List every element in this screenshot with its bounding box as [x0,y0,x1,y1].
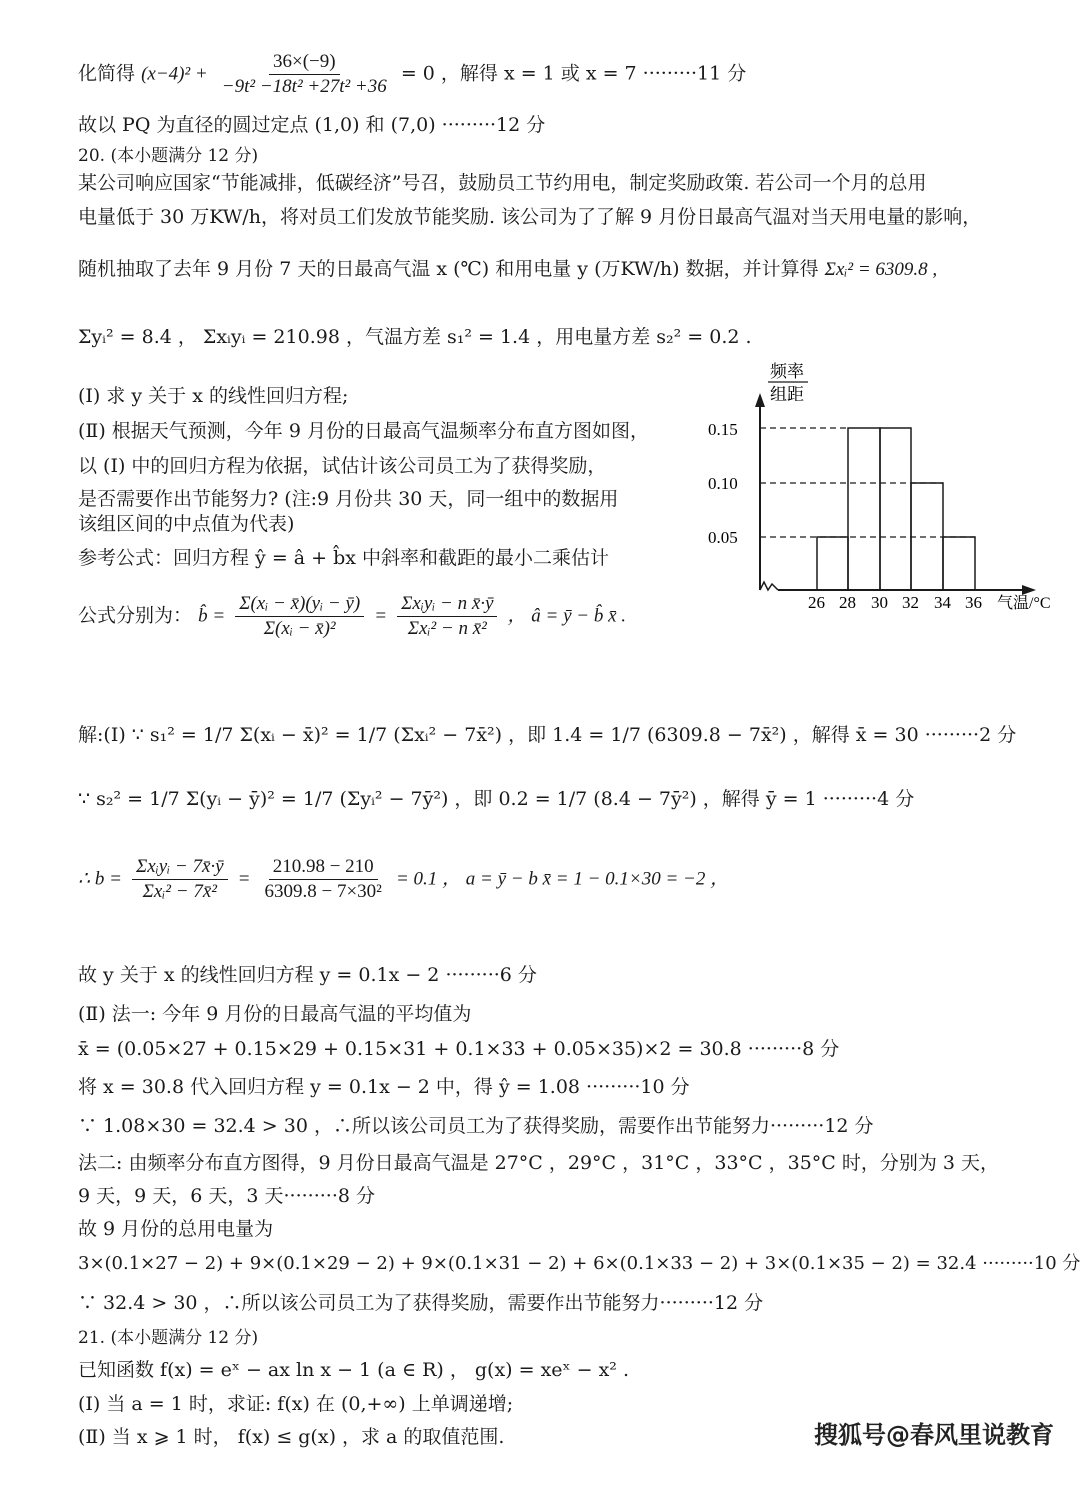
q20-p2: 电量低于 30 万KW/h，将对员工们发放节能奖励. 该公司为了了解 9 月份日… [78,204,981,230]
formula-line: 公式分别为： b̂ = Σ(xᵢ − x̄)(yᵢ − ȳ) Σ(xᵢ − x̄… [78,592,626,641]
text: = 0 ，解得 x = 1 或 x = 7 ·········11 分 [401,63,746,85]
bar [817,537,848,590]
sol-line-8: ∵ 1.08×30 = 32.4 > 30 ，∴所以该公司员工为了获得奖励，需要… [78,1113,874,1139]
q20-p4: Σyᵢ² = 8.4 ， Σxᵢyᵢ = 210.98 ，气温方差 s₁² = … [78,324,752,350]
q20-header: 20. (本小题满分 12 分) [78,143,258,169]
line-simplify: 化简得 (x−4)² + 36×(−9) −9t² −18t² +27t² +3… [78,50,746,99]
bar [880,428,911,590]
bar [848,428,880,590]
q20-p1: 某公司响应国家“节能减排，低碳经济”号召，鼓励员工节约用电，制定奖励政策. 若公… [78,170,927,196]
q21-l3: (Ⅱ) 当 x ⩾ 1 时， f(x) ≤ g(x) ，求 a 的取值范围. [78,1424,504,1450]
expr: = 0.1 ， a = ȳ − b x̄ = 1 − 0.1×30 = −2 ， [396,869,729,890]
y-label-den: 组距 [770,385,804,404]
denominator: −9t² −18t² +27t² +36 [218,75,391,99]
x-tick: 28 [839,593,856,612]
sol-line-12: 3×(0.1×27 − 2) + 9×(0.1×29 − 2) + 9×(0.1… [78,1251,1080,1277]
denominator: 6309.8 − 7×30² [261,880,386,904]
denominator: Σ(xᵢ − x̄)² [260,617,340,641]
fraction: Σ(xᵢ − x̄)(yᵢ − ȳ) Σ(xᵢ − x̄)² [235,592,364,641]
sol-line-5: (Ⅱ) 法一: 今年 9 月份的日最高气温的平均值为 [78,1001,471,1027]
x-axis-label: 气温/°C [997,594,1051,612]
sol-line-2: ∵ s₂² = 1/7 Σ(yᵢ − ȳ)² = 1/7 (Σyᵢ² − 7ȳ²… [78,786,914,812]
fraction: Σxᵢyᵢ − 7x̄·ȳ Σxᵢ² − 7x̄² [132,855,228,904]
text: 随机抽取了去年 9 月份 7 天的日最高气温 x (℃) 和用电量 y (万KW… [78,258,819,280]
q21-l2: (Ⅰ) 当 a = 1 时，求证: f(x) 在 (0,+∞) 上单调递增; [78,1391,513,1417]
q20-part1: (Ⅰ) 求 y 关于 x 的线性回归方程; [78,383,348,409]
q20-part2-l1: (Ⅱ) 根据天气预测，今年 9 月份的日最高气温频率分布直方图如图， [78,418,649,444]
expr: ∴ b = [78,869,122,890]
q21-header: 21. (本小题满分 12 分) [78,1325,258,1351]
y-label-num: 频率 [770,362,804,381]
sol-line-9: 法二: 由频率分布直方图得，9 月份日最高气温是 27°C ，29°C ，31°… [78,1150,999,1176]
text: 公式分别为： [78,605,192,627]
numerator: Σ(xᵢ − x̄)(yᵢ − ȳ) [235,592,364,617]
sol-line-13: ∵ 32.4 > 30 ，∴所以该公司员工为了获得奖励，需要作出节能努力····… [78,1290,763,1316]
y-tick: 0.05 [708,528,738,547]
sol-line-10: 9 天，9 天，6 天，3 天·········8 分 [78,1183,375,1209]
x-tick: 30 [871,593,888,612]
sol-line-1: 解:(Ⅰ) ∵ s₁² = 1/7 Σ(xᵢ − x̄)² = 1/7 (Σxᵢ… [78,722,1016,748]
numerator: Σxᵢyᵢ − n x̄·ȳ [397,592,497,617]
fraction: Σxᵢyᵢ − n x̄·ȳ Σxᵢ² − n x̄² [397,592,497,641]
numerator: Σxᵢyᵢ − 7x̄·ȳ [132,855,228,880]
q20-part2-l4: 该组区间的中点值为代表) [78,511,294,537]
sol-line-6: x̄ = (0.05×27 + 0.15×29 + 0.15×31 + 0.1×… [78,1036,839,1062]
x-tick: 26 [808,593,825,612]
denominator: Σxᵢ² − 7x̄² [139,880,221,904]
expr: ， â = ȳ − b̂ x̄ . [508,606,627,627]
fraction: 210.98 − 210 6309.8 − 7×30² [261,855,386,904]
y-tick: 0.15 [708,420,738,439]
sol-line-7: 将 x = 30.8 代入回归方程 y = 0.1x − 2 中，得 ŷ = 1… [78,1074,690,1100]
watermark: 搜狐号@春风里说教育 [814,1415,1054,1450]
x-tick: 32 [902,593,919,612]
q20-part2-l3: 是否需要作出节能努力? (注:9 月份共 30 天，同一组中的数据用 [78,486,618,512]
bar [943,537,975,590]
x-tick: 34 [934,593,952,612]
q21-l1: 已知函数 f(x) = eˣ − ax ln x − 1 (a ∈ R) ， g… [78,1357,629,1383]
expr: Σxᵢ² = 6309.8 , [825,259,938,280]
sol-line-4: 故 y 关于 x 的线性回归方程 y = 0.1x − 2 ·········6… [78,962,537,988]
sol-line-3: ∴ b = Σxᵢyᵢ − 7x̄·ȳ Σxᵢ² − 7x̄² = 210.98… [78,855,729,904]
numerator: 210.98 − 210 [269,855,378,880]
expr: (x−4)² + [141,64,208,85]
text: 化简得 [78,63,135,85]
x-tick: 36 [965,593,982,612]
sol-line-11: 故 9 月份的总用电量为 [78,1216,273,1242]
q20-part2-l2: 以 (Ⅰ) 中的回归方程为依据，试估计该公司员工为了获得奖励， [78,453,606,479]
q20-ref: 参考公式：回归方程 ŷ = â + b̂x 中斜率和截距的最小二乘估计 [78,545,609,571]
line-circle: 故以 PQ 为直径的圆过定点 (1,0) 和 (7,0) ·········12… [78,112,545,138]
y-tick: 0.10 [708,474,738,493]
fraction: 36×(−9) −9t² −18t² +27t² +36 [218,50,391,99]
denominator: Σxᵢ² − n x̄² [404,617,491,641]
q20-p3: 随机抽取了去年 9 月份 7 天的日最高气温 x (℃) 和用电量 y (万KW… [78,256,937,283]
histogram-chart: 频率 组距 0.15 0.10 0.05 26 28 30 32 34 36 气… [700,355,1080,615]
numerator: 36×(−9) [269,50,340,75]
